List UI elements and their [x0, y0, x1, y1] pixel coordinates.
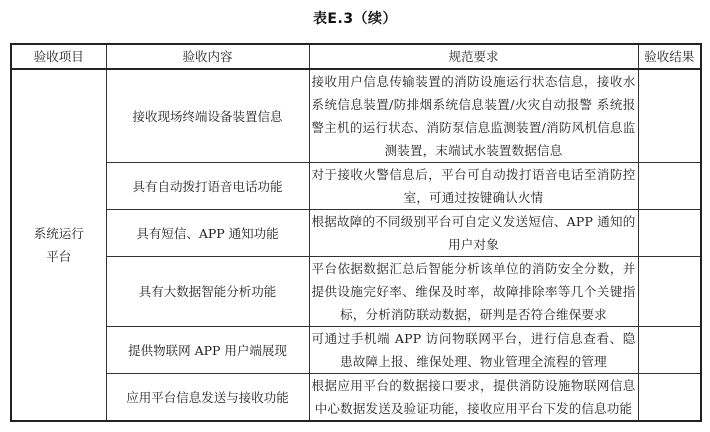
table-row: 具有大数据智能分析功能 平台依据数据汇总后智能分析该单位的消防安全分数，并提供设… [11, 257, 701, 327]
content-cell: 具有自动拨打语音电话功能 [106, 163, 309, 210]
requirement-cell: 接收用户信息传输装置的消防设施运行状态信息，接收水系统信息装置/防排烟系统信息装… [309, 69, 638, 163]
content-cell: 提供物联网 APP 用户端展现 [106, 327, 309, 374]
content-cell: 具有短信、APP 通知功能 [106, 210, 309, 257]
header-acceptance-item: 验收项目 [11, 44, 106, 69]
result-cell[interactable] [638, 163, 701, 210]
acceptance-table: 验收项目 验收内容 规范要求 验收结果 系统运行 平台 接收现场终端设备装置信息… [10, 43, 702, 422]
table-row: 系统运行 平台 接收现场终端设备装置信息 接收用户信息传输装置的消防设施运行状态… [11, 69, 701, 163]
content-cell: 应用平台信息发送与接收功能 [106, 374, 309, 422]
table-row: 具有短信、APP 通知功能 根据故障的不同级别平台可自定义发送短信、APP 通知… [11, 210, 701, 257]
result-cell[interactable] [638, 374, 701, 422]
result-cell[interactable] [638, 69, 701, 163]
group-label-line-2: 平台 [14, 245, 104, 268]
requirement-cell: 根据故障的不同级别平台可自定义发送短信、APP 通知的用户对象 [309, 210, 638, 257]
result-cell[interactable] [638, 257, 701, 327]
header-specification: 规范要求 [309, 44, 638, 69]
result-cell[interactable] [638, 210, 701, 257]
content-cell: 接收现场终端设备装置信息 [106, 69, 309, 163]
requirement-cell: 平台依据数据汇总后智能分析该单位的消防安全分数，并提供设施完好率、维保及时率，故… [309, 257, 638, 327]
header-acceptance-content: 验收内容 [106, 44, 309, 69]
header-acceptance-result: 验收结果 [638, 44, 701, 69]
table-title: 表E.3（续） [0, 8, 710, 28]
table-row: 具有自动拨打语音电话功能 对于接收火警信息后，平台可自动拨打语音电话至消防控室，… [11, 163, 701, 210]
table-row: 应用平台信息发送与接收功能 根据应用平台的数据接口要求，提供消防设施物联网信息中… [11, 374, 701, 422]
content-cell: 具有大数据智能分析功能 [106, 257, 309, 327]
result-cell[interactable] [638, 327, 701, 374]
requirement-cell: 可通过手机端 APP 访问物联网平台，进行信息查看、隐患故障上报、维保处理、物业… [309, 327, 638, 374]
group-label-line-1: 系统运行 [14, 222, 104, 245]
requirement-cell: 对于接收火警信息后，平台可自动拨打语音电话至消防控室，可通过按键确认火情 [309, 163, 638, 210]
group-label-cell: 系统运行 平台 [11, 69, 106, 421]
table-header-row: 验收项目 验收内容 规范要求 验收结果 [11, 44, 701, 69]
requirement-cell: 根据应用平台的数据接口要求，提供消防设施物联网信息中心数据发送及验证功能，接收应… [309, 374, 638, 422]
table-row: 提供物联网 APP 用户端展现 可通过手机端 APP 访问物联网平台，进行信息查… [11, 327, 701, 374]
